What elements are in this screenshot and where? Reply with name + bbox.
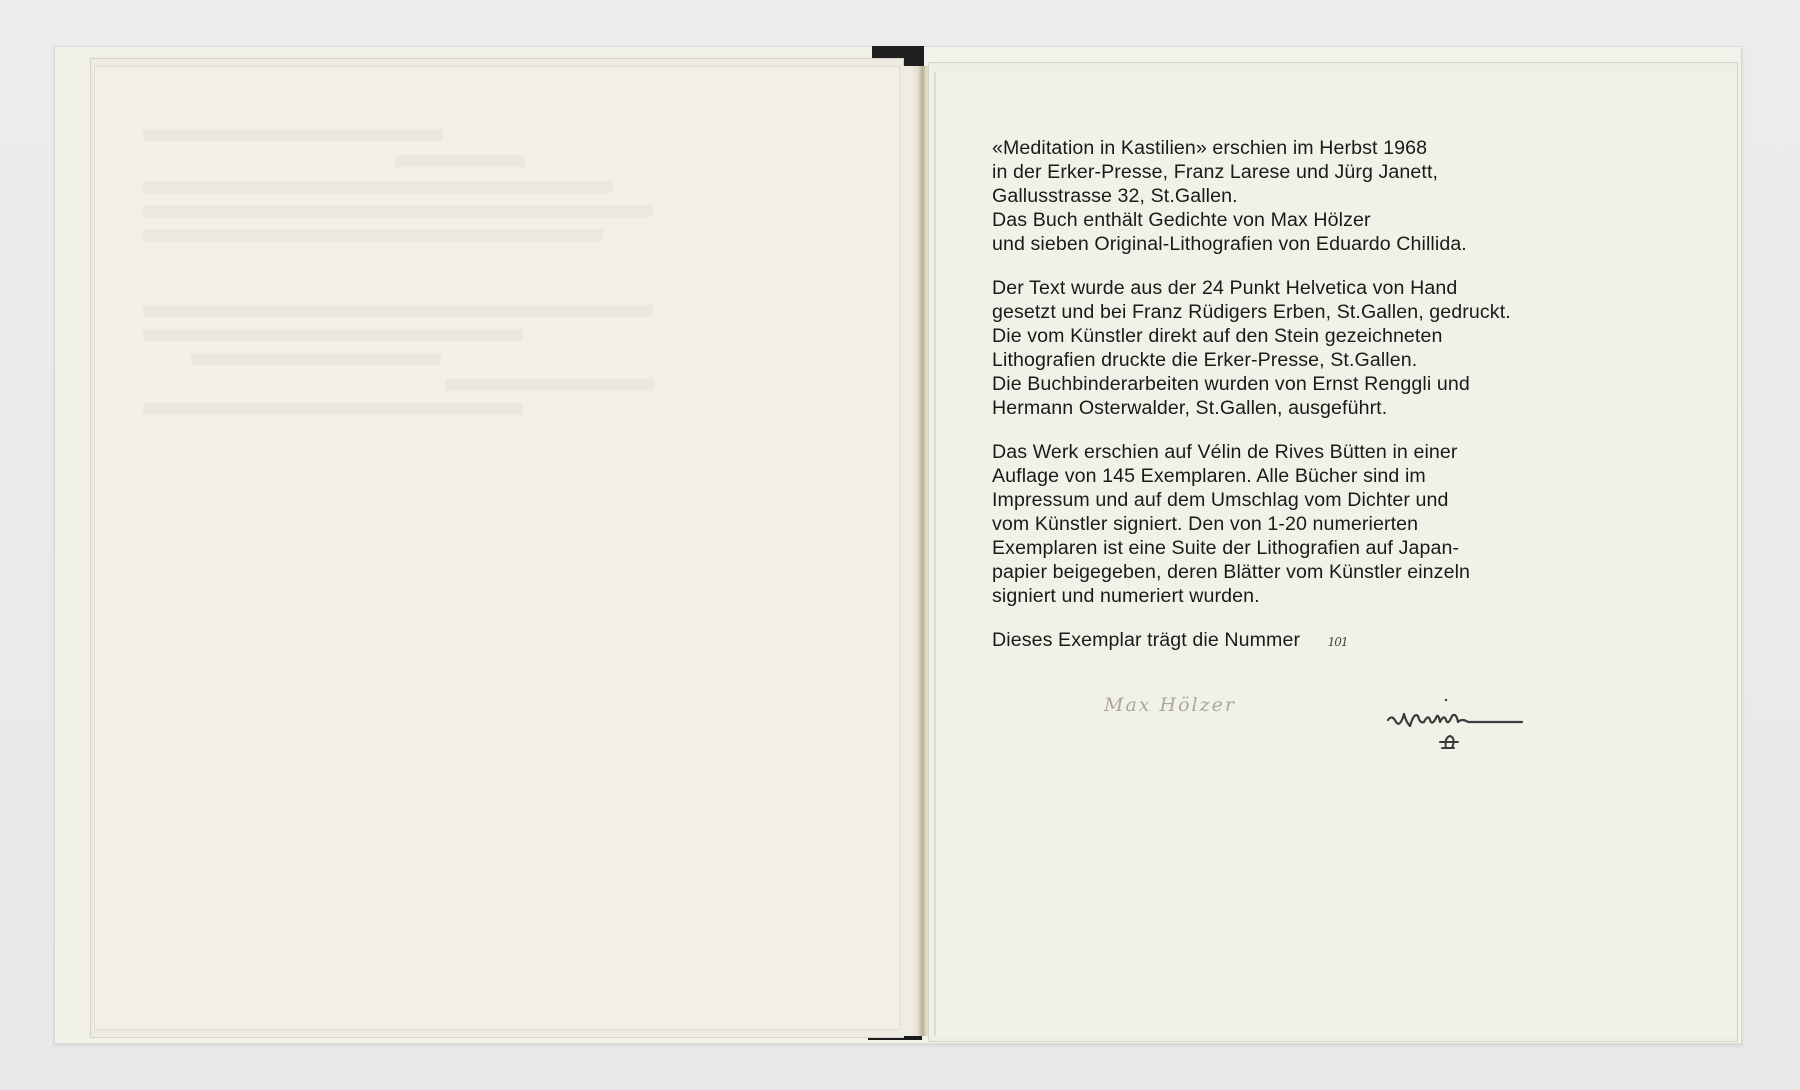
show-through-text: [191, 353, 441, 365]
show-through-text: [143, 305, 653, 317]
text-line: «Meditation in Kastilien» erschien im He…: [992, 136, 1692, 160]
show-through-text: [143, 205, 653, 217]
handwritten-edition-number: 101: [1328, 635, 1348, 649]
text-line: Exemplaren ist eine Suite der Lithografi…: [992, 536, 1692, 560]
text-line: Der Text wurde aus der 24 Punkt Helvetic…: [992, 276, 1692, 300]
show-through-text: [143, 403, 523, 415]
number-label: Dieses Exemplar trägt die Nummer: [992, 629, 1300, 651]
show-through-text: [143, 229, 603, 241]
colophon-paragraph-publication: «Meditation in Kastilien» erschien im He…: [992, 136, 1692, 256]
colophon-text: «Meditation in Kastilien» erschien im He…: [992, 136, 1692, 654]
text-line: Auflage von 145 Exemplaren. Alle Bücher …: [992, 464, 1692, 488]
left-page: [94, 66, 900, 1030]
show-through-text: [143, 329, 523, 341]
text-line: Das Buch enthält Gedichte von Max Hölzer: [992, 208, 1692, 232]
text-line: Lithografien druckte die Erker-Presse, S…: [992, 348, 1692, 372]
show-through-text: [445, 379, 655, 391]
colophon-paragraph-edition: Das Werk erschien auf Vélin de Rives Büt…: [992, 440, 1692, 608]
text-line: Das Werk erschien auf Vélin de Rives Büt…: [992, 440, 1692, 464]
book-gutter: [900, 66, 930, 1036]
artist-signature-icon: [1384, 692, 1524, 756]
colophon-paragraph-production: Der Text wurde aus der 24 Punkt Helvetic…: [992, 276, 1692, 420]
text-line: vom Künstler signiert. Den von 1-20 nume…: [992, 512, 1692, 536]
text-line: gesetzt und bei Franz Rüdigers Erben, St…: [992, 300, 1692, 324]
edition-number-statement: Dieses Exemplar trägt die Nummer 101: [992, 628, 1692, 654]
text-line: signiert und numeriert wurden.: [992, 584, 1692, 608]
show-through-text: [143, 129, 443, 141]
text-line: Die vom Künstler direkt auf den Stein ge…: [992, 324, 1692, 348]
show-through-text: [395, 155, 525, 167]
text-line: Hermann Osterwalder, St.Gallen, ausgefüh…: [992, 396, 1692, 420]
show-through-text: [143, 181, 613, 193]
text-line: in der Erker-Presse, Franz Larese und Jü…: [992, 160, 1692, 184]
text-line: Impressum und auf dem Umschlag vom Dicht…: [992, 488, 1692, 512]
text-line: Gallusstrasse 32, St.Gallen.: [992, 184, 1692, 208]
text-line: Die Buchbinderarbeiten wurden von Ernst …: [992, 372, 1692, 396]
text-line: und sieben Original-Lithografien von Edu…: [992, 232, 1692, 256]
poet-signature: Max Hölzer: [1104, 694, 1236, 716]
text-line: papier beigegeben, deren Blätter vom Kün…: [992, 560, 1692, 584]
